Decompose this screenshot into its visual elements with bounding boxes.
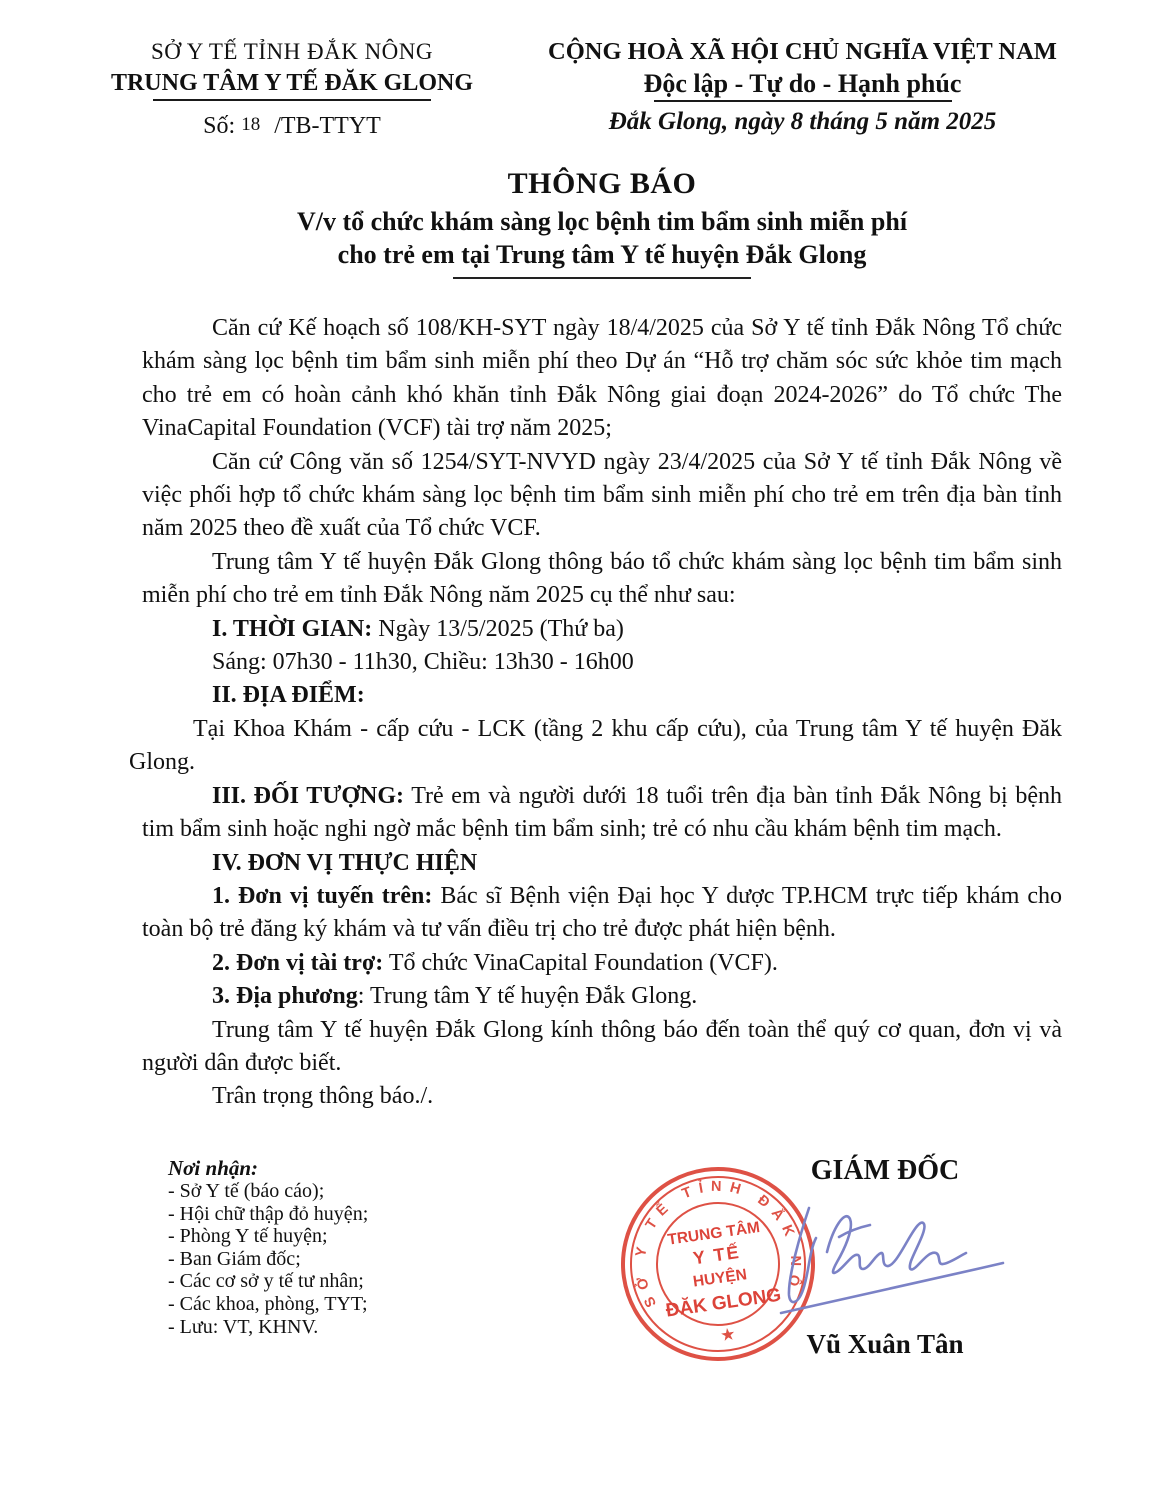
paragraph-regards: Trân trọng thông báo./.	[142, 1080, 1062, 1113]
signature-main-stroke	[827, 1216, 966, 1273]
title-divider	[453, 277, 751, 279]
national-title: CỘNG HOÀ XÃ HỘI CHỦ NGHĨA VIỆT NAM	[512, 38, 1093, 66]
unit-item-1-label: 1. Đơn vị tuyến trên:	[212, 883, 432, 909]
place-and-date: Đắk Glong, ngày 8 tháng 5 năm 2025	[512, 107, 1093, 137]
stamp-center-line2: Y TẾ	[692, 1241, 742, 1268]
subject-line-1: V/v tổ chức khám sàng lọc bệnh tim bẩm s…	[142, 205, 1062, 238]
document-page: SỞ Y TẾ TỈNH ĐẮK NÔNG TRUNG TÂM Y TẾ ĐĂK…	[0, 0, 1159, 1500]
org-underline	[153, 99, 431, 101]
subject-line-2: cho trẻ em tại Trung tâm Y tế huyện Đắk …	[142, 238, 1062, 271]
document-body: Căn cứ Kế hoạch số 108/KH-SYT ngày 18/4/…	[142, 312, 1062, 1114]
recipient-item: - Các cơ sở y tế tư nhân;	[168, 1270, 368, 1293]
section-place-label: II. ĐỊA ĐIỂM:	[142, 679, 1062, 712]
unit-item-1: 1. Đơn vị tuyến trên: Bác sĩ Bệnh viện Đ…	[142, 880, 1062, 947]
signature-crossbar-stroke	[839, 1225, 870, 1237]
doc-number-value: 18	[241, 114, 260, 135]
section-time: I. THỜI GIAN: Ngày 13/5/2025 (Thứ ba)	[142, 613, 1062, 646]
motto-underline	[654, 100, 952, 102]
section-time-value: Ngày 13/5/2025 (Thứ ba)	[378, 616, 624, 642]
unit-item-3-text: : Trung tâm Y tế huyện Đắk Glong.	[358, 983, 698, 1009]
recipient-item: - Các khoa, phòng, TYT;	[168, 1293, 368, 1316]
unit-item-2: 2. Đơn vị tài trợ: Tổ chức VinaCapital F…	[142, 947, 1062, 980]
section-subjects: III. ĐỐI TƯỢNG: Trẻ em và người dưới 18 …	[142, 780, 1062, 847]
recipient-item: - Ban Giám đốc;	[168, 1248, 368, 1271]
document-header: SỞ Y TẾ TỈNH ĐẮK NÔNG TRUNG TÂM Y TẾ ĐĂK…	[0, 38, 1159, 142]
national-motto: Độc lập - Tự do - Hạnh phúc	[512, 69, 1093, 99]
issuing-org-block: SỞ Y TẾ TỈNH ĐẮK NÔNG TRUNG TÂM Y TẾ ĐĂK…	[72, 38, 512, 142]
handwritten-signature	[765, 1192, 1065, 1322]
recipient-item: - Hội chữ thập đỏ huyện;	[168, 1203, 368, 1226]
section-units-label: IV. ĐƠN VỊ THỰC HIỆN	[142, 847, 1062, 880]
unit-item-3-label: 3. Địa phương	[212, 983, 358, 1009]
title-block: THÔNG BÁO V/v tổ chức khám sàng lọc bệnh…	[0, 166, 1159, 279]
stamp-center-line1: TRUNG TÂM	[666, 1218, 761, 1249]
org-name: TRUNG TÂM Y TẾ ĐĂK GLONG	[72, 68, 512, 98]
stamp-center-line3: HUYỆN	[692, 1265, 748, 1290]
recipient-item: - Phòng Y tế huyện;	[168, 1225, 368, 1248]
paragraph-intro: Trung tâm Y tế huyện Đắk Glong thông báo…	[142, 546, 1062, 613]
paragraph-basis-1: Căn cứ Kế hoạch số 108/KH-SYT ngày 18/4/…	[142, 312, 1062, 446]
doc-number-suffix: /TB-TTYT	[274, 113, 381, 139]
parent-org-name: SỞ Y TẾ TỈNH ĐẮK NÔNG	[72, 38, 512, 66]
document-number: Số:18/TB-TTYT	[72, 109, 512, 142]
paragraph-basis-2: Căn cứ Công văn số 1254/SYT-NVYD ngày 23…	[142, 446, 1062, 546]
paragraph-closing: Trung tâm Y tế huyện Đắk Glong kính thôn…	[142, 1014, 1062, 1081]
recipients-block: Nơi nhận: - Sở Y tế (báo cáo); - Hội chữ…	[168, 1156, 368, 1338]
stamp-star-icon: ★	[719, 1324, 737, 1345]
unit-item-2-label: 2. Đơn vị tài trợ:	[212, 950, 383, 976]
recipient-item: - Lưu: VT, KHNV.	[168, 1316, 368, 1339]
document-type-title: THÔNG BÁO	[142, 166, 1062, 202]
unit-item-2-text: Tổ chức VinaCapital Foundation (VCF).	[389, 950, 778, 976]
signature-underline-stroke	[781, 1263, 1003, 1313]
section-time-label: I. THỜI GIAN:	[212, 616, 372, 642]
recipient-item: - Sở Y tế (báo cáo);	[168, 1180, 368, 1203]
national-header-block: CỘNG HOÀ XÃ HỘI CHỦ NGHĨA VIỆT NAM Độc l…	[512, 38, 1093, 142]
section-time-hours: Sáng: 07h30 - 11h30, Chiều: 13h30 - 16h0…	[142, 646, 1062, 679]
section-place-text: Tại Khoa Khám - cấp cứu - LCK (tầng 2 kh…	[129, 713, 1062, 780]
doc-number-prefix: Số:	[203, 113, 235, 139]
section-subjects-label: III. ĐỐI TƯỢNG:	[212, 783, 404, 809]
signature-loop-stroke	[789, 1208, 816, 1302]
recipients-label: Nơi nhận:	[168, 1156, 368, 1180]
unit-item-3: 3. Địa phương: Trung tâm Y tế huyện Đắk …	[142, 980, 1062, 1013]
